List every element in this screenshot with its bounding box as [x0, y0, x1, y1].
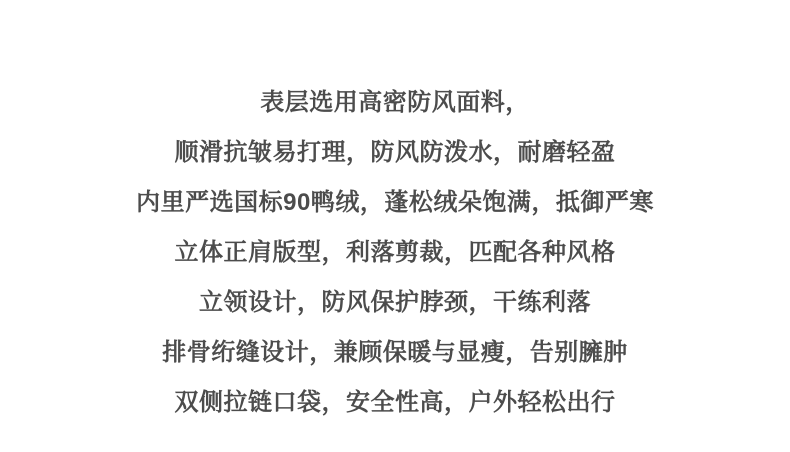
product-description-section: 表层选用高密防风面料， 顺滑抗皱易打理，防风防泼水，耐磨轻盈 内里严选国标90鸭…: [0, 0, 790, 428]
description-line-down-filling: 内里严选国标90鸭绒，蓬松绒朵饱满，抵御严寒: [136, 178, 654, 228]
description-line-fabric-features: 顺滑抗皱易打理，防风防泼水，耐磨轻盈: [175, 128, 616, 178]
description-line-cut-style: 立体正肩版型，利落剪裁，匹配各种风格: [175, 228, 616, 278]
description-line-collar: 立领设计，防风保护脖颈，干练利落: [199, 278, 591, 328]
description-line-pockets: 双侧拉链口袋，安全性高，户外轻松出行: [175, 378, 616, 428]
description-line-fabric: 表层选用高密防风面料，: [260, 78, 530, 128]
description-line-quilting: 排骨绗缝设计，兼顾保暖与显瘦，告别臃肿: [162, 328, 628, 378]
